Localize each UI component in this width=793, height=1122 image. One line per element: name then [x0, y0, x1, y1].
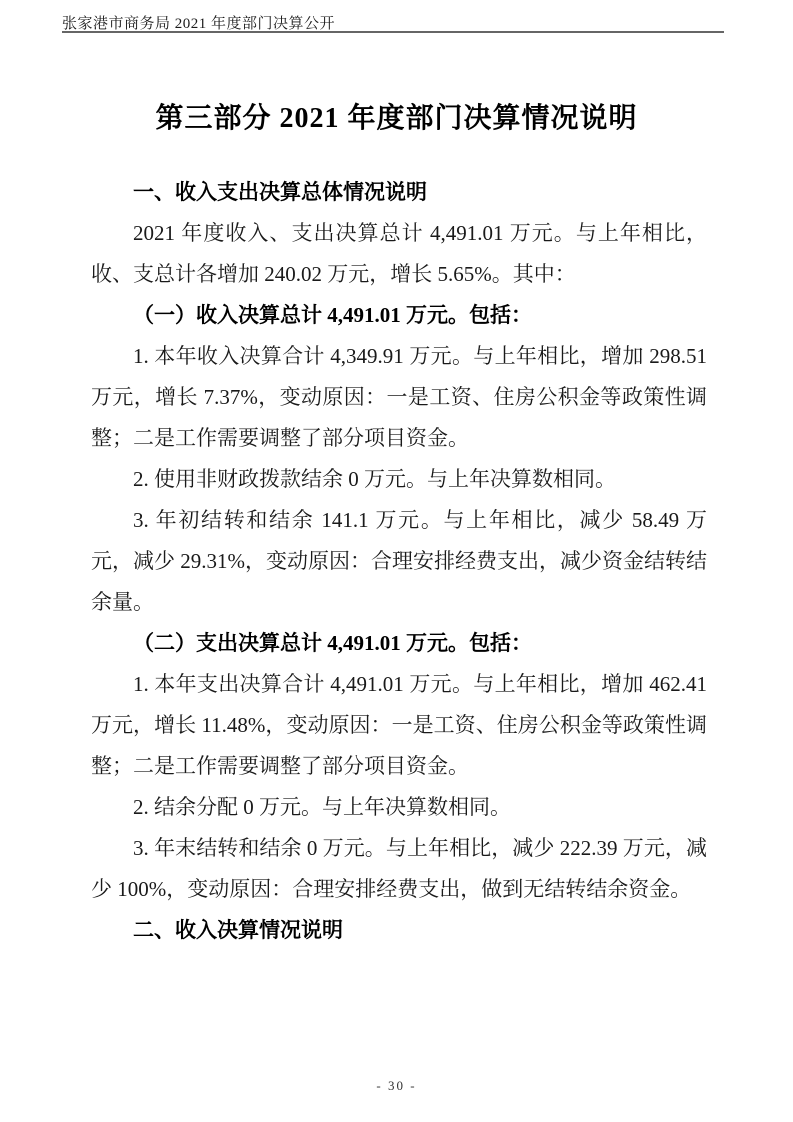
- sub-heading-income-total: （一）收入决算总计 4,491.01 万元。包括：: [91, 295, 707, 336]
- document-title: 第三部分 2021 年度部门决算情况说明: [0, 96, 793, 136]
- document-body: 一、收入支出决算总体情况说明 2021 年度收入、支出决算总计 4,491.01…: [91, 172, 707, 951]
- paragraph-income-item-1: 1. 本年收入决算合计 4,349.91 万元。与上年相比，增加 298.51 …: [91, 336, 707, 459]
- paragraph-income-item-2: 2. 使用非财政拨款结余 0 万元。与上年决算数相同。: [91, 459, 707, 500]
- section-heading-income-statement: 二、收入决算情况说明: [91, 910, 707, 951]
- page-number: - 30 -: [0, 1078, 793, 1094]
- paragraph-overview-totals: 2021 年度收入、支出决算总计 4,491.01 万元。与上年相比，收、支总计…: [91, 213, 707, 295]
- header-rule: [62, 31, 724, 33]
- paragraph-expenditure-item-2: 2. 结余分配 0 万元。与上年决算数相同。: [91, 787, 707, 828]
- paragraph-expenditure-item-1: 1. 本年支出决算合计 4,491.01 万元。与上年相比，增加 462.41 …: [91, 664, 707, 787]
- section-heading-income-expenditure-overview: 一、收入支出决算总体情况说明: [91, 172, 707, 213]
- document-page: 张家港市商务局 2021 年度部门决算公开 第三部分 2021 年度部门决算情况…: [0, 0, 793, 1122]
- paragraph-expenditure-item-3: 3. 年末结转和结余 0 万元。与上年相比，减少 222.39 万元，减少 10…: [91, 828, 707, 910]
- sub-heading-expenditure-total: （二）支出决算总计 4,491.01 万元。包括：: [91, 623, 707, 664]
- document-header-text: 张家港市商务局 2021 年度部门决算公开: [62, 12, 335, 33]
- paragraph-income-item-3: 3. 年初结转和结余 141.1 万元。与上年相比，减少 58.49 万元，减少…: [91, 500, 707, 623]
